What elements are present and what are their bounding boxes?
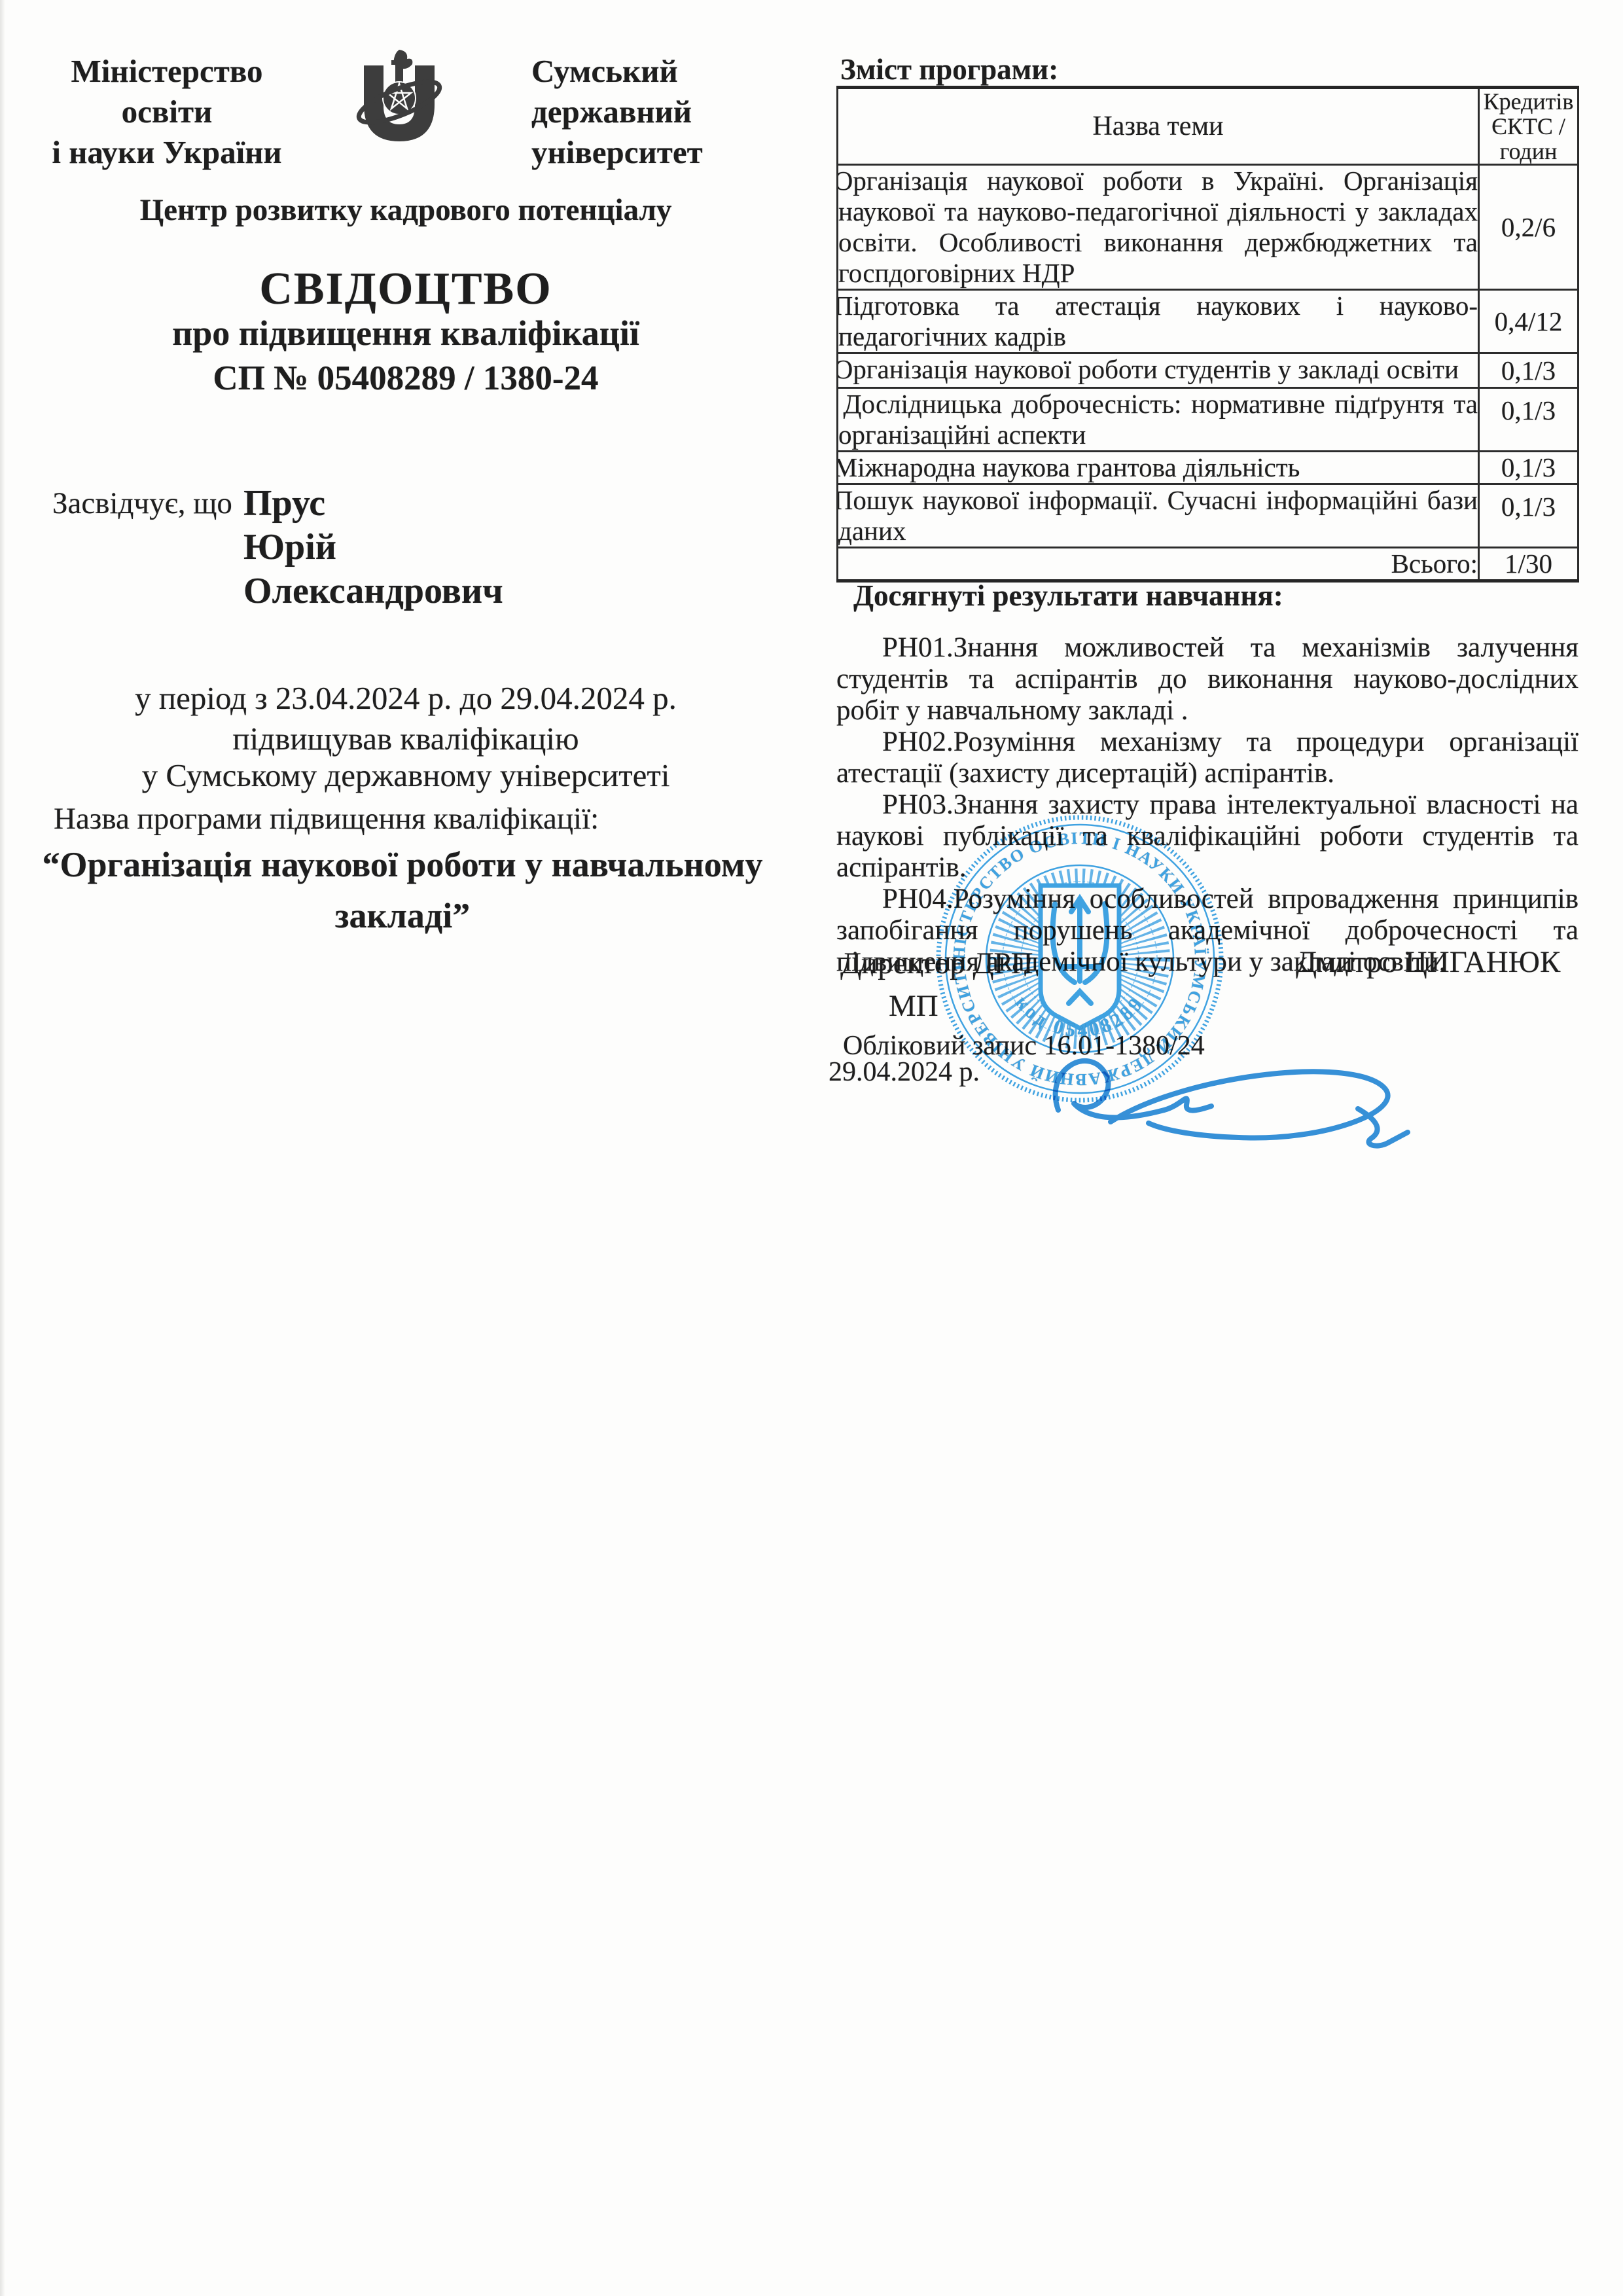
place-line: у Сумському державному університеті xyxy=(59,757,753,794)
certifies-label: Засвідчує, що xyxy=(52,486,232,521)
total-value: 1/30 xyxy=(1479,548,1578,581)
credits-header-line: ЄКТС / xyxy=(1480,114,1577,139)
credits-cell: 0,1/3 xyxy=(1479,484,1578,548)
director-name: Дмитро ЦИГАНЮК xyxy=(1296,944,1577,980)
credits-cell: 0,1/3 xyxy=(1479,452,1578,484)
table-total-row: Всього: 1/30 xyxy=(838,548,1578,581)
department-name: Центр розвитку кадрового потенціалу xyxy=(59,192,753,228)
university-line: Сумський xyxy=(531,51,741,92)
period-line: у період з 23.04.2024 р. до 29.04.2024 р… xyxy=(59,679,753,717)
ministry-name: Міністерство освіти і науки України xyxy=(36,51,298,173)
table-row: 4. Дослідницька доброчесність: нормативн… xyxy=(838,388,1578,452)
person-first-name: Юрій xyxy=(243,526,503,569)
credits-cell: 0,1/3 xyxy=(1479,353,1578,388)
credits-header-line: годин xyxy=(1480,139,1577,164)
credits-header-line: Кредитів xyxy=(1480,89,1577,114)
certificate-subtitle: про підвищення кваліфікації xyxy=(59,313,753,353)
topic-cell: 4. Дослідницька доброчесність: нормативн… xyxy=(838,388,1479,452)
topic-cell: 2.Підготовка та атестація наукових і нау… xyxy=(838,290,1479,353)
table-row: 3.Організація наукової роботи студентів … xyxy=(838,353,1578,388)
certificate-title: СВІДОЦТВО xyxy=(59,263,753,315)
table-row: 5.Міжнародна наукова грантова діяльність… xyxy=(838,452,1578,484)
topic-cell: 5.Міжнародна наукова грантова діяльність xyxy=(838,452,1479,484)
topic-cell: 3.Організація наукової роботи студентів … xyxy=(838,353,1479,388)
scan-edge-shade xyxy=(0,0,5,2296)
topic-cell: 1.Організація наукової роботи в Україні.… xyxy=(838,165,1479,290)
activity-line: підвищував кваліфікацію xyxy=(59,720,753,757)
topic-cell: 6.Пошук наукової інформації. Сучасні інф… xyxy=(838,484,1479,548)
program-label: Назва програми підвищення кваліфікації: xyxy=(54,801,599,836)
credits-cell: 0,1/3 xyxy=(1479,388,1578,452)
credits-cell: 0,2/6 xyxy=(1479,165,1578,290)
total-label: Всього: xyxy=(838,548,1479,581)
program-name: “Організація наукової роботи у навчально… xyxy=(39,839,766,941)
program-content-title: Зміст програми: xyxy=(840,52,1058,86)
table-row: 6.Пошук наукової інформації. Сучасні інф… xyxy=(838,484,1578,548)
seal-place-label: МП xyxy=(889,988,938,1024)
university-logo-icon xyxy=(349,47,449,158)
table-row: 2.Підготовка та атестація наукових і нау… xyxy=(838,290,1578,353)
ministry-line: Міністерство xyxy=(36,51,298,92)
table-header-row: Назва теми Кредитів ЄКТС / годин xyxy=(838,88,1578,165)
ministry-line: і науки України xyxy=(36,132,298,173)
university-line: університет xyxy=(531,132,741,173)
program-table: Назва теми Кредитів ЄКТС / годин 1.Орган… xyxy=(836,86,1579,583)
person-middle-name: Олександрович xyxy=(243,569,503,613)
outcomes-title: Досягнуті результати навчання: xyxy=(853,579,1578,613)
column-header-credits: Кредитів ЄКТС / годин xyxy=(1479,88,1578,165)
table-row: 1.Організація наукової роботи в Україні.… xyxy=(838,165,1578,290)
certificate-number: СП № 05408289 / 1380-24 xyxy=(59,359,753,398)
person-name: Прус Юрій Олександрович xyxy=(243,482,503,613)
column-header-topic: Назва теми xyxy=(838,88,1479,165)
ministry-line: освіти xyxy=(36,92,298,132)
person-last-name: Прус xyxy=(243,482,503,526)
certificate-page: Міністерство освіти і науки України Сумс… xyxy=(0,0,1623,2296)
outcome-item: РН02.Розуміння механізму та процедури ор… xyxy=(836,726,1578,789)
university-line: державний xyxy=(531,92,741,132)
university-name: Сумський державний університет xyxy=(531,51,741,173)
credits-cell: 0,4/12 xyxy=(1479,290,1578,353)
outcome-item: РН01.Знання можливостей та механізмів за… xyxy=(836,632,1578,726)
director-signature-icon xyxy=(1018,1013,1436,1170)
